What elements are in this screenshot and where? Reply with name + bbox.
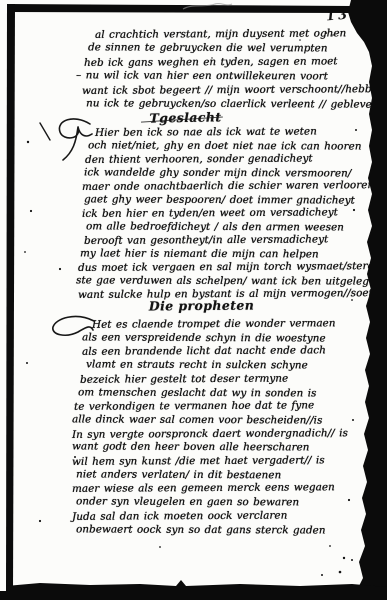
pencil-squiggle [183,4,232,9]
manuscript-line: onbewaert oock syn so dat gans sterck ga… [76,523,348,538]
manuscript-line: vlamt en strauts recht in sulcken schyne [86,359,348,374]
manuscript-line: wil hem syn kunst /die met haet vergader… [72,454,348,469]
scan-border-bottom [0,580,387,600]
manuscript-line: maer onde onachtbaerlich die schier ware… [82,179,380,194]
manuscript-line: Het es claende trompet die wonder vermae… [92,317,348,332]
manuscript-line: dus moet ick vergaen en sal mijn torch w… [78,260,380,275]
manuscript-line: ick ben hier en tyden/en weet om versadi… [82,206,380,221]
manuscript-line: want godt den heer boven alle heerschare… [72,441,348,456]
manuscript-line: alle dinck waer sal comen voor bescheide… [72,413,348,428]
manuscript-line: onder syn vleugelen en gaen so bewaren [76,496,348,511]
verse-block-top: al crachtich verstant, mijn duysent met … [76,27,384,111]
manuscript-line: bezeick hier gestelt tot deser termyne [80,372,348,387]
scan-border-top [8,4,352,13]
manuscript-line: te verkondigen te vermanen hoe dat te fy… [74,399,348,414]
manuscript-scan-page: 135 al crachtich verstant, mijn duysent … [0,0,387,600]
manuscript-line: berooft van gesontheyt/in alle versmadic… [84,233,380,248]
verse-block-bottom: Het es claende trompet die wonder vermae… [72,318,348,537]
manuscript-line: den thient verhooren, sonder genadicheyt [85,152,380,167]
manuscript-line: de sinnen te gebruycken die wel verumpte… [88,40,384,55]
scan-border-left [6,4,15,592]
section-heading-die-propheten: Die propheten [8,296,387,314]
manuscript-line: Hier ben ick so nae als ick wat te weten [95,125,380,140]
page-number: 135 [325,6,362,24]
manuscript-line: Juda sal dan ick moeten oock verclaren [72,509,348,524]
verse-block-middle: Hier ben ick so nae als ick wat te weten… [78,126,380,302]
manuscript-line: al crachtich verstant, mijn duysent met … [95,26,385,42]
manuscript-line: heb ick gans weghen en tyden, sagen en m… [84,54,385,70]
